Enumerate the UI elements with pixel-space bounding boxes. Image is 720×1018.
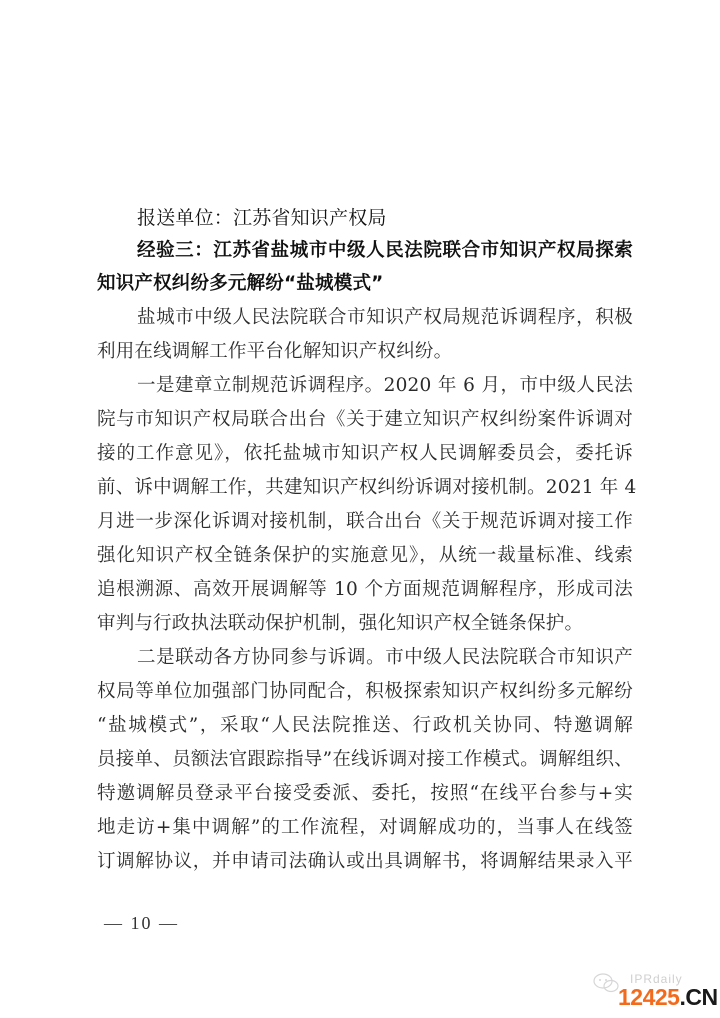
body-line: 利用在线调解工作平台化解知识产权纠纷。 (97, 335, 633, 369)
body-line: 员接单、员额法官跟踪指导”在线诉调对接工作模式。调解组织、 (97, 743, 633, 777)
body-line: 特邀调解员登录平台接受委派、委托，按照“在线平台参与+实 (97, 777, 633, 811)
watermark: IPRdaily 12425.CN (592, 972, 720, 1008)
body-line: “盐城模式”，采取“人民法院推送、行政机关协同、特邀调解 (97, 709, 633, 743)
site-logo: 12425.CN (618, 984, 718, 1011)
body-line: 强化知识产权全链条保护的实施意见》，从统一裁量标准、线索 (97, 539, 633, 573)
body-line: 盐城市中级人民法院联合市知识产权局规范诉调程序，积极 (137, 301, 633, 335)
heading-line-2: 知识产权纠纷多元解纷“盐城模式” (97, 267, 633, 301)
body-line: 权局等单位加强部门协同配合，积极探索知识产权纠纷多元解纷 (97, 675, 633, 709)
body-line: 院与市知识产权局联合出台《关于建立知识产权纠纷案件诉调对 (97, 403, 633, 437)
body-line: 审判与行政执法联动保护机制，强化知识产权全链条保护。 (97, 607, 633, 641)
logo-number: 12425 (618, 984, 679, 1010)
body-line: 一是建章立制规范诉调程序。2020 年 6 月，市中级人民法 (137, 369, 633, 403)
heading-line-1: 经验三：江苏省盐城市中级人民法院联合市知识产权局探索 (137, 234, 633, 268)
body-line: 追根溯源、高效开展调解等 10 个方面规范调解程序，形成司法 (97, 573, 633, 607)
body-line: 前、诉中调解工作，共建知识产权纠纷诉调对接机制。2021 年 4 (97, 471, 633, 505)
body-line: 接的工作意见》，依托盐城市知识产权人民调解委员会，委托诉 (97, 437, 633, 471)
body-line: 地走访+集中调解”的工作流程，对调解成功的，当事人在线签 (97, 811, 633, 845)
sender-line: 报送单位：江苏省知识产权局 (137, 201, 387, 235)
logo-suffix: .CN (679, 984, 717, 1010)
document-page: 报送单位：江苏省知识产权局 经验三：江苏省盐城市中级人民法院联合市知识产权局探索… (0, 0, 720, 1018)
page-number: — 10 — (104, 913, 179, 934)
body-line: 月进一步深化诉调对接机制，联合出台《关于规范诉调对接工作 (97, 505, 633, 539)
body-line: 订调解协议，并申请司法确认或出具调解书，将调解结果录入平 (97, 845, 633, 879)
body-line: 二是联动各方协同参与诉调。市中级人民法院联合市知识产 (137, 641, 633, 675)
